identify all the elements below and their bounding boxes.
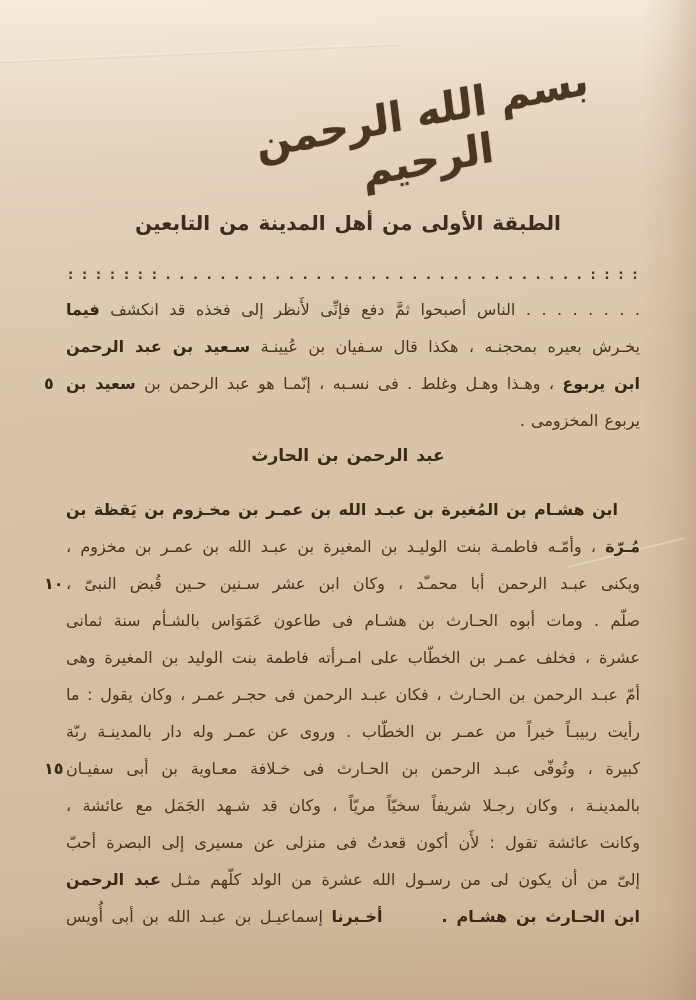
text-line: ابن يربوع ، وهـذا وهـل وغلط . فى نسـبه ،… [66,365,640,402]
text-line: عشرة ، فخلف عمـر بن الخطّاب على امـرأته … [66,639,640,676]
scanned-book-page: { "colors": { "paper_light": "#ebdecd", … [0,0,696,1000]
separator-dot-mark: . [495,269,500,283]
bold-text-segment: ابن الحـارث بن هشـام . [442,907,640,926]
text-segment: عشرة ، فخلف عمـر بن الخطّاب على امـرأته … [66,648,640,667]
bold-text-segment: ابن هشـام بن المُغيرة بن عبـد الله بن عم… [66,500,618,519]
separator-colon-mark: : [152,269,157,283]
separator-colon-mark: : [82,269,87,283]
page-right-edge-shadow [636,0,696,1000]
separator-colon-mark: : [96,269,101,283]
dotted-separator: :::::::...............................::… [68,266,638,286]
bold-text-segment: مُـرّة [605,537,640,556]
text-segment: بالمدينـة ، وكان رجـلا شريفاً سخيّاً مري… [66,796,640,815]
bold-text-segment: أخـبرنا [331,907,382,926]
separator-dot-mark: . [316,269,321,283]
separator-dot-mark: . [467,269,472,283]
separator-dot-mark: . [385,269,390,283]
text-line: كبيرة ، وتُوفّى عبـد الرحمن بن الحـارث ف… [66,750,640,787]
separator-dot-mark: . [303,269,308,283]
text-segment: وكانت عائشة تقول : لأَن أكون قعدتُ فى من… [66,833,640,852]
text-segment: يربوع المخزومى . [520,411,640,430]
text-line: مُـرّة ، وأمّـه فاطمـة بنت الوليـد بن ال… [66,528,640,565]
separator-dot-mark: . [234,269,239,283]
text-segment: إسماعيـل بن عبـد الله بن أبى أُويس [66,907,331,926]
separator-dot-mark: . [453,269,458,283]
text-segment: ، وأمّـه فاطمـة بنت الوليـد بن المغيرة ب… [66,537,605,556]
text-line: صلّم . ومات أبوه الحـارث بن هشـام فى طاع… [66,602,640,639]
separator-colon-mark: : [124,269,129,283]
separator-colon-mark: : [138,269,143,283]
chapter-heading: الطبقة الأولى من أهل المدينة من التابعين [0,211,696,235]
text-segment: أمّ عبـد الرحمن بن الحـارث ، فكان عبـد ا… [66,685,640,704]
separator-dot-mark: . [344,269,349,283]
separator-dot-mark: . [248,269,253,283]
margin-line-number: ٥ [44,365,54,402]
separator-dot-mark: . [412,269,417,283]
separator-dot-mark: . [371,269,376,283]
text-line: بالمدينـة ، وكان رجـلا شريفاً سخيّاً مري… [66,787,640,824]
bold-text-segment: سـعيد بن عبد الرحمن [66,337,250,356]
separator-dot-mark: . [426,269,431,283]
separator-dot-mark: . [508,269,513,283]
paper-crease-top [0,43,400,64]
text-line: وكانت عائشة تقول : لأَن أكون قعدتُ فى من… [66,824,640,861]
separator-dot-mark: . [536,269,541,283]
bold-text-segment: عبد الرحمن [66,870,161,889]
separator-dot-mark: . [207,269,212,283]
separator-dot-mark: . [179,269,184,283]
text-line: ابن هشـام بن المُغيرة بن عبـد الله بن عم… [66,491,640,528]
separator-dot-mark: . [358,269,363,283]
margin-line-number: ١٥ [44,750,64,787]
text-line: إلىّ من أن يكون لى من رسـول الله عشرة من… [66,861,640,898]
separator-dot-mark: . [289,269,294,283]
separator-colon-mark: : [632,269,637,283]
text-line: يخـرش بعيره بمحجنـه ، هكذا قال سـفيان بن… [66,328,640,365]
separator-dot-mark: . [549,269,554,283]
separator-dot-mark: . [193,269,198,283]
entry-heading: عبد الرحمن بن الحارث [0,446,696,466]
text-segment: رأيت ربيبـاً خيراً من عمـر بن الخطّاب . … [66,722,640,741]
separator-dot-mark: . [399,269,404,283]
basmala-calligraphy: بسم الله الرحمن الرحيم [203,46,647,225]
separator-dot-mark: . [330,269,335,283]
text-line: رأيت ربيبـاً خيراً من عمـر بن الخطّاب . … [66,713,640,750]
paragraph-isnad-note: . . . . . . . . الناس أصبحوا ثمَّ دفع فإ… [66,291,640,439]
separator-colon-mark: : [110,269,115,283]
separator-dot-mark: . [220,269,225,283]
separator-colon-mark: : [68,269,73,283]
separator-dot-mark: . [577,269,582,283]
separator-dot-mark: . [262,269,267,283]
text-segment [382,907,441,926]
text-line: يربوع المخزومى . [66,402,640,439]
text-line: أمّ عبـد الرحمن بن الحـارث ، فكان عبـد ا… [66,676,640,713]
text-line: ابن الحـارث بن هشـام . أخـبرنا إسماعيـل … [66,898,640,935]
margin-line-number: ١٠ [44,565,64,602]
text-segment: ، وهـذا وهـل وغلط . فى نسـبه ، إنّمـا هو… [136,374,563,393]
separator-dot-mark: . [522,269,527,283]
text-line: ويكنى عبـد الرحمن أبا محمـّد ، وكان ابن … [66,565,640,602]
text-segment: كبيرة ، وتُوفّى عبـد الرحمن بن الحـارث ف… [66,759,640,778]
separator-dot-mark: . [166,269,171,283]
text-segment: ويكنى عبـد الرحمن أبا محمـّد ، وكان ابن … [66,574,640,593]
text-segment: . . . . . . . . الناس أصبحوا ثمَّ دفع فإ… [100,300,640,319]
separator-colon-mark: : [604,269,609,283]
separator-colon-mark: : [618,269,623,283]
paragraph-biography: ابن هشـام بن المُغيرة بن عبـد الله بن عم… [66,491,640,935]
bold-text-segment: فيما [66,300,100,319]
separator-dot-mark: . [563,269,568,283]
text-line: . . . . . . . . الناس أصبحوا ثمَّ دفع فإ… [66,291,640,328]
separator-dot-mark: . [440,269,445,283]
text-segment: إلىّ من أن يكون لى من رسـول الله عشرة من… [161,870,640,889]
text-segment: صلّم . ومات أبوه الحـارث بن هشـام فى طاع… [66,611,640,630]
bold-text-segment: سعيد بن [66,374,136,393]
separator-dot-mark: . [481,269,486,283]
separator-dot-mark: . [275,269,280,283]
separator-colon-mark: : [590,269,595,283]
bold-text-segment: ابن يربوع [562,374,640,393]
text-segment: يخـرش بعيره بمحجنـه ، هكذا قال سـفيان بن… [250,337,640,356]
